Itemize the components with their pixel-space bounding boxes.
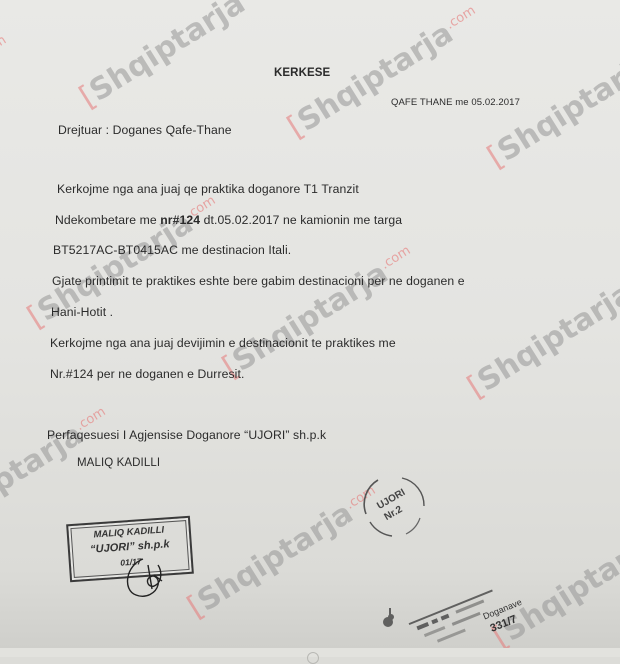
signatory-name: MALIQ KADILLI [77, 457, 160, 469]
page-indicator-icon [307, 652, 319, 657]
watermark: .com [0, 28, 17, 75]
place-date: QAFE THANE me 05.02.2017 [391, 97, 520, 108]
customs-stamp-icon: Doganave 331/7 [378, 570, 543, 648]
body-line-3: BT5217AC-BT0415AC me destinacion Itali. [53, 243, 291, 257]
body-line-6: Kerkojme nga ana juaj devijimin e destin… [50, 336, 396, 350]
addressee: Drejtuar : Doganes Qafe-Thane [58, 123, 232, 137]
watermark: [Shqiptarja.com [461, 259, 620, 405]
watermark: [Shqiptarja.com [216, 239, 421, 385]
watermark: Shqiptarja.com [0, 400, 116, 540]
body-line-7: Nr.#124 per ne doganen e Durresit. [50, 367, 244, 381]
watermark: [Shqiptarja.com [73, 0, 278, 115]
round-stamp: UJORI Nr.2 [358, 472, 428, 542]
watermark: [Shqiptarja [481, 46, 620, 175]
body-line-5: Hani-Hotit . [51, 305, 113, 319]
watermark: [Shqiptarja.com [181, 479, 386, 625]
scanned-document-page: .com [Shqiptarja.com [Shqiptarja.com [Sh… [0, 0, 620, 648]
document-title: KERKESE [274, 67, 330, 79]
bottom-strip [0, 648, 620, 657]
signature-title: Perfaqesuesi I Agjensise Doganore “UJORI… [47, 428, 326, 442]
signature-icon [118, 555, 178, 605]
body-line-4: Gjate printimit te praktikes eshte bere … [52, 274, 465, 288]
body-line-2: Ndekombetare me nr#124 dt.05.02.2017 ne … [55, 213, 402, 227]
body-line-1: Kerkojme nga ana juaj qe praktika dogano… [57, 182, 359, 196]
practice-number: nr#124 [160, 213, 200, 227]
